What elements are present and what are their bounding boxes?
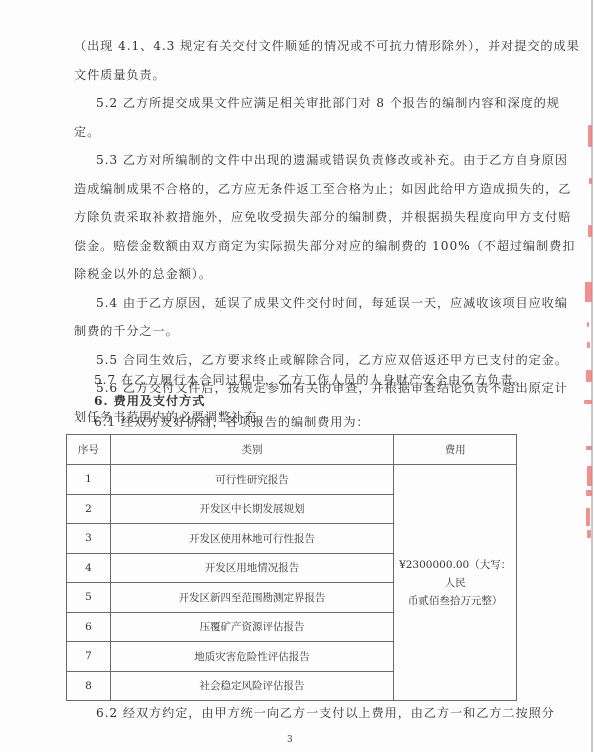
row-number: 1 <box>67 465 111 495</box>
paragraph-line: 制费的千分之一。 <box>74 323 179 339</box>
fee-amount-line1: ¥2300000.00（大写：人民 <box>394 556 516 592</box>
row-category: 压覆矿产资源评估报告 <box>110 612 393 642</box>
header-fee: 费用 <box>394 435 517 465</box>
paragraph-line: 除税金以外的总金额）。 <box>74 266 212 282</box>
paragraph-line: 方除负责采取补救措施外，应免收受损失部分的编制费，并根据损失程度向甲方支付赔 <box>74 209 571 225</box>
seal-mark <box>587 322 589 327</box>
row-category: 地质灾害危险性评估报告 <box>110 642 393 672</box>
seal-mark <box>586 446 592 450</box>
seal-mark <box>587 466 592 486</box>
fee-table: 序号 类别 费用 1 可行性研究报告 ¥2300000.00（大写：人民 币贰佰… <box>66 434 517 701</box>
row-number: 8 <box>67 671 111 701</box>
section-heading: 6. 费用及支付方式 <box>94 393 205 409</box>
clause-5-7: 5.7 在乙方履行本合同过程中，乙方工作人员的人身财产安全由乙方负责。 <box>94 372 527 388</box>
row-category: 开发区用地情况报告 <box>110 553 393 583</box>
seal-mark <box>588 225 592 237</box>
row-category: 社会稳定风险评估报告 <box>110 671 393 701</box>
paragraph-line: 定。 <box>74 124 100 140</box>
paragraph-line: （出现 4.1、4.3 规定有关交付文件顺延的情况或不可抗力情形除外），并对提交… <box>74 38 580 54</box>
clause-6-1: 6.1 经双方友好协商，各项报告的编制费用为： <box>94 414 370 430</box>
document-page: （出现 4.1、4.3 规定有关交付文件顺延的情况或不可抗力情形除外），并对提交… <box>0 0 594 752</box>
row-category: 开发区中长期发展规划 <box>110 494 393 524</box>
seal-mark <box>584 400 592 404</box>
row-category: 可行性研究报告 <box>110 465 393 495</box>
row-category: 开发区使用林地可行性报告 <box>110 524 393 554</box>
row-number: 2 <box>67 494 111 524</box>
clause-5-3: 5.3 乙方对所编制的文件中出现的遗漏或错误负责修改或补充。由于乙方自身原因 <box>96 152 568 168</box>
paragraph-line: 偿金。赔偿金数额由双方商定为实际损失部分对应的编制费的 100%（不超过编制费扣 <box>74 238 575 254</box>
row-number: 6 <box>67 612 111 642</box>
seal-mark <box>587 342 590 348</box>
fee-amount-cell: ¥2300000.00（大写：人民 币贰佰叁拾万元整） <box>394 465 517 701</box>
seal-mark <box>586 490 592 496</box>
seal-mark <box>586 370 592 382</box>
clause-5-4: 5.4 由于乙方原因，延误了成果文件交付时间，每延误一天，应减收该项目应收编 <box>96 295 568 311</box>
page-number: 3 <box>287 735 293 745</box>
header-category: 类别 <box>110 435 393 465</box>
clause-5-5: 5.5 合同生效后，乙方要求终止或解除合同，乙方应双倍返还甲方已支付的定金。 <box>96 352 568 368</box>
row-number: 5 <box>67 583 111 613</box>
table-row: 1 可行性研究报告 ¥2300000.00（大写：人民 币贰佰叁拾万元整） <box>67 465 517 495</box>
row-number: 4 <box>67 553 111 583</box>
seal-mark <box>588 125 592 147</box>
paragraph-line: 文件质量负责。 <box>74 67 166 83</box>
clause-6-2: 6.2 经双方约定，由甲方统一向乙方一支付以上费用，由乙方一和乙方二按照分 <box>96 705 555 721</box>
row-number: 7 <box>67 642 111 672</box>
seal-mark <box>589 178 592 184</box>
seal-mark <box>585 282 592 302</box>
row-category: 开发区新四至范围勘测定界报告 <box>110 583 393 613</box>
fee-amount-line2: 币贰佰叁拾万元整） <box>394 592 516 610</box>
header-serial: 序号 <box>67 435 111 465</box>
paragraph-line: 造成编制成果不合格的，乙方应无条件返工至合格为止；如因此给甲方造成损失的，乙 <box>74 181 571 197</box>
seal-mark <box>586 508 590 526</box>
row-number: 3 <box>67 524 111 554</box>
table-header-row: 序号 类别 费用 <box>67 435 517 465</box>
clause-5-2: 5.2 乙方所提交成果文件应满足相关审批部门对 8 个报告的编制内容和深度的规 <box>96 95 560 111</box>
seal-mark <box>587 530 591 538</box>
